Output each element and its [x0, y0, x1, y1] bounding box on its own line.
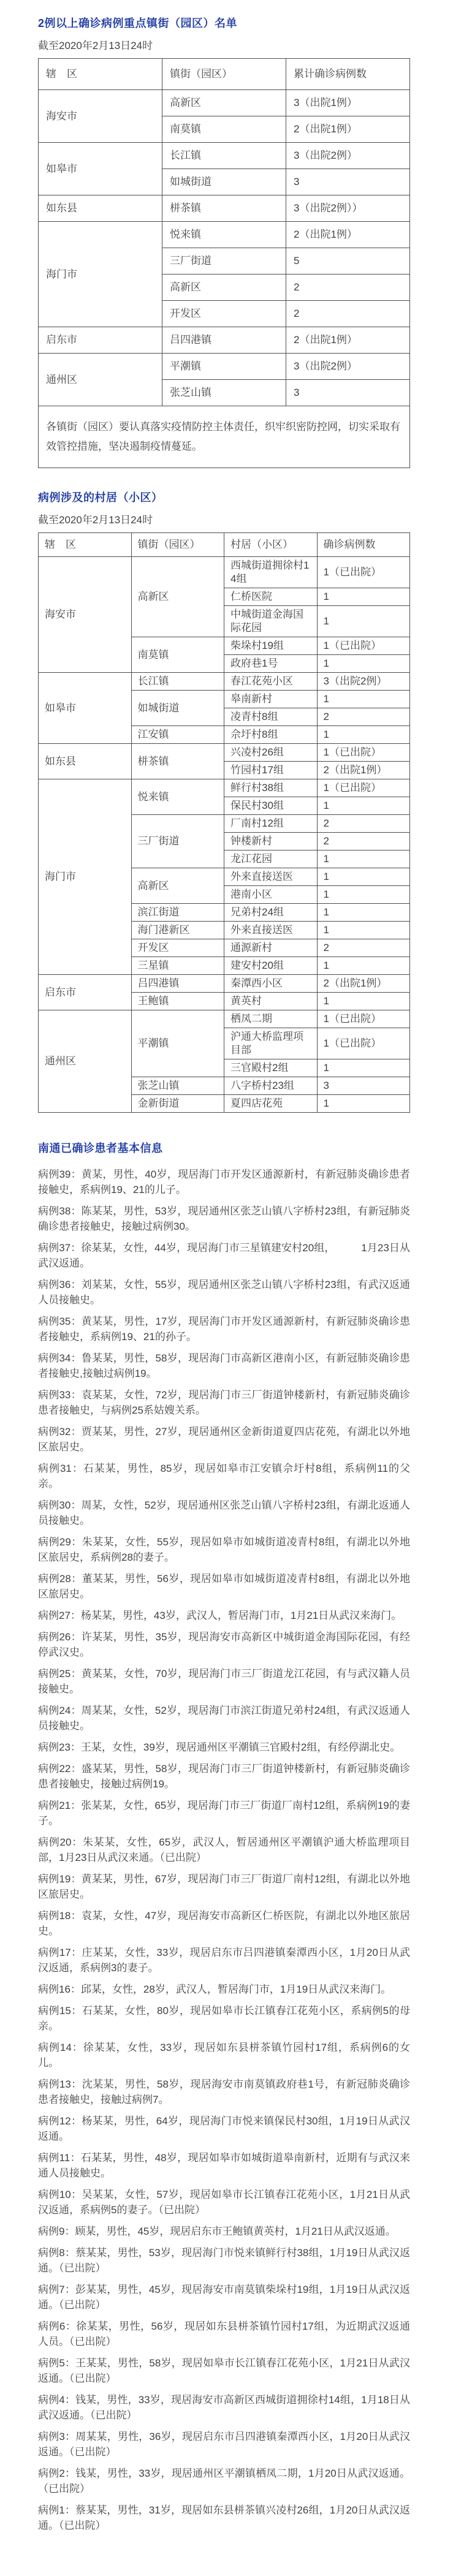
villages-table: 辖 区镇街（园区）村居（小区）确诊病例数海安市高新区西城街道拥徐村14组1（已出…: [38, 532, 410, 1113]
column-header: 辖 区: [39, 533, 132, 557]
section2-asof-date: 截至2020年2月13日24时: [38, 511, 410, 526]
case-paragraph: 病例25：黄某某，女性，70岁，现居海门市三厂街道龙江花园，有与武汉籍人员接触史…: [38, 1666, 410, 1697]
table-cell: 1: [317, 797, 410, 815]
table-cell: 1: [317, 588, 410, 606]
case-paragraph: 病例37：徐某某，女性，44岁，现居海门市三星镇建安村20组， 1月23日从武汉…: [38, 1240, 410, 1271]
table-cell: 外来直接送医: [224, 868, 318, 886]
table-cell: 兴凌村26组: [224, 744, 318, 762]
table-cell: 栟茶镇: [131, 744, 224, 779]
table-row: 通州区平潮镇栖凤二期1（已出院）: [39, 1010, 410, 1028]
table-cell: 1（已出院）: [317, 557, 410, 588]
table-note: 各镇街（园区）要认真落实疫情防控主体责任，织牢织密防控网，切实采取有效管控措施，…: [39, 406, 410, 468]
table-cell: 栖凤二期: [224, 1010, 318, 1028]
note-row: 各镇街（园区）要认真落实疫情防控主体责任，织牢织密防控网，切实采取有效管控措施，…: [39, 406, 410, 468]
table-cell: 钟楼新村: [224, 833, 318, 850]
table-cell: 通州区: [39, 354, 162, 406]
case-paragraph: 病例18：袁某，女性，47岁，现居海安市高新区仁桥医院，有湖北以外地区旅居史。: [38, 1908, 410, 1939]
section2-title: 病例涉及的村居（小区）: [38, 489, 410, 505]
table-cell: 悦来镇: [131, 779, 224, 815]
document-page: 2例以上确诊病例重点镇街（园区）名单 截至2020年2月13日24时 辖 区镇街…: [0, 0, 453, 2576]
table-row: 海门市悦来镇鲜行村38组1（已出院）: [39, 779, 410, 797]
table-cell: 沪通大桥监理项目部: [224, 1028, 318, 1059]
table-cell: 1: [317, 957, 410, 975]
table-row: 如皋市长江镇春江花苑小区3（出院2例）: [39, 673, 410, 691]
table-cell: 龙江花园: [224, 850, 318, 868]
table-cell: 2（出院1例）: [286, 116, 410, 143]
table-cell: 如东县: [39, 195, 162, 222]
table-cell: 南莫镇: [131, 637, 224, 673]
table-cell: 仁桥医院: [224, 588, 318, 606]
table-cell: 1（已出院）: [317, 637, 410, 655]
case-paragraph: 病例22：盛某某，男性，58岁，现居海门市三厂街道钟楼新村，有新冠肺炎确诊患者接…: [38, 1761, 410, 1792]
column-header: 辖 区: [39, 59, 162, 90]
case-paragraph: 病例35：黄某某，男性，17岁，现居海门市开发区通源新村，有新冠肺炎确诊患者接触…: [38, 1314, 410, 1344]
key-towns-table: 辖 区镇街（园区）累计确诊病例数海安市高新区3（出院1例）南莫镇2（出院1例）如…: [38, 58, 410, 468]
table-cell: 海门市: [39, 222, 162, 327]
table-cell: 2: [317, 708, 410, 726]
case-paragraph: 病例36：刘某某，女性，55岁，现居通州区张芝山镇八字桥村23组，有武汉返通人员…: [38, 1277, 410, 1308]
table-cell: 夏四店花苑: [224, 1095, 318, 1113]
column-header: 镇街（园区）: [131, 533, 224, 557]
table-cell: 滨江街道: [131, 904, 224, 922]
case-paragraph: 病例2：钱某，男性，33岁，现居通州区平潮镇栖凤二期，1月20日从武汉返通。（已…: [38, 2466, 410, 2496]
table-cell: 2（出院1例）: [317, 975, 410, 993]
case-paragraph: 病例8：蔡某某，男性，53岁，现居海门市悦来镇鲜行村38组，1月19日从武汉返通…: [38, 2245, 410, 2276]
table-cell: 三星镇: [131, 957, 224, 975]
header-row: 辖 区镇街（园区）累计确诊病例数: [39, 59, 410, 90]
case-paragraph: 病例13：沈某某，男性，58岁，现居海安市南莫镇政府巷1号，有新冠肺炎确诊患者接…: [38, 2077, 410, 2107]
table-cell: 长江镇: [162, 143, 286, 169]
case-paragraph: 病例24：周某某，女性，52岁，现居海门市滨江街道兄弟村24组，有武汉返通人员接…: [38, 1703, 410, 1733]
table-cell: 3: [286, 380, 410, 406]
table-cell: 2: [317, 815, 410, 833]
table-cell: 吕四港镇: [162, 327, 286, 354]
case-list: 病例39：黄某，男性，40岁，现居海门市开发区通源新村，有新冠肺炎确诊患者接触史…: [38, 1167, 410, 2533]
table-cell: 开发区: [162, 301, 286, 327]
table-row: 如东县栟茶镇兴凌村26组1（已出院）: [39, 744, 410, 762]
section3-title: 南通已确诊患者基本信息: [38, 1140, 410, 1156]
case-paragraph: 病例5：王某某，男性，58岁，现居如皋市长江镇春江花苑小区，1月21日从武汉返通…: [38, 2355, 410, 2386]
table-cell: 政府巷1号: [224, 655, 318, 673]
table-cell: 启东市: [39, 327, 162, 354]
case-paragraph: 病例29：朱某某，女性，55岁，现居如皋市如城街道凌青村8组，有湖北以外地区旅居…: [38, 1534, 410, 1565]
table-cell: 如城街道: [131, 691, 224, 726]
table-cell: 平潮镇: [131, 1010, 224, 1077]
column-header: 镇街（园区）: [162, 59, 286, 90]
case-paragraph: 病例32：贾某某，男性，27岁，现居通州区金新街道夏四店花苑，有湖北以外地区旅居…: [38, 1424, 410, 1455]
table-cell: 如城街道: [162, 169, 286, 195]
table-cell: 1（已出院）: [317, 1028, 410, 1059]
table-cell: 3: [317, 1077, 410, 1095]
table-cell: 2: [317, 939, 410, 957]
table-cell: 竹园村17组: [224, 762, 318, 779]
column-header: 确诊病例数: [317, 533, 410, 557]
table-cell: 港南小区: [224, 886, 318, 904]
case-paragraph: 病例23：王某，女性，39岁，现居通州区平潮镇三官殿村2组，有经停湖北史。: [38, 1740, 410, 1755]
table-cell: 如皋市: [39, 673, 132, 744]
table-cell: 厂南村12组: [224, 815, 318, 833]
table-cell: 1（已出院）: [317, 779, 410, 797]
column-header: 累计确诊病例数: [286, 59, 410, 90]
table-cell: 1: [317, 1095, 410, 1113]
table-row: 通州区平潮镇3（出院2例）: [39, 354, 410, 380]
table-cell: 吕四港镇: [131, 975, 224, 993]
case-paragraph: 病例10：吴某某，女性，57岁，现居如皋市长江镇春江花苑小区，1月21日从武汉返…: [38, 2187, 410, 2218]
table-cell: 秦潭西小区: [224, 975, 318, 993]
table-cell: 张芝山镇: [131, 1077, 224, 1095]
table-cell: 春江花苑小区: [224, 673, 318, 691]
table-cell: 高新区: [162, 275, 286, 301]
case-paragraph: 病例31：石某某，男性，85岁，现居如皋市江安镇佘圩村8组，系病例11的父亲。: [38, 1461, 410, 1491]
table-cell: 1: [317, 606, 410, 637]
table-cell: 中城街道金海国际花园: [224, 606, 318, 637]
case-paragraph: 病例21：张某某，女性，65岁，现居海门市三厂街道厂南村12组，系病例19的妻子…: [38, 1798, 410, 1828]
table-cell: 高新区: [162, 90, 286, 116]
table-cell: 1: [317, 886, 410, 904]
table-cell: 悦来镇: [162, 222, 286, 248]
section-spacer: [38, 468, 410, 489]
case-paragraph: 病例33：袁某某，女性，72岁，现居海门市三厂街道钟楼新村，有新冠肺炎确诊患者接…: [38, 1387, 410, 1418]
table-cell: 佘圩村8组: [224, 726, 318, 744]
table-cell: 八字桥村23组: [224, 1077, 318, 1095]
case-paragraph: 病例15：石某某，女性，80岁，现居如皋市长江镇春江花苑小区，系病例5的母亲。: [38, 2003, 410, 2034]
case-paragraph: 病例27：杨某某，男性，43岁，武汉人，暂居海门市，1月21日从武汉来海门。: [38, 1608, 410, 1623]
table-cell: 如东县: [39, 744, 132, 779]
table-cell: 2: [286, 275, 410, 301]
table-cell: 2: [286, 301, 410, 327]
table-row: 如皋市长江镇3（出院2例）: [39, 143, 410, 169]
case-paragraph: 病例14：徐某某，女性，33岁，现居如东县栟茶镇竹园村17组，系病例6的女儿。: [38, 2040, 410, 2070]
table-cell: 1（已出院）: [317, 744, 410, 762]
table-cell: 通州区: [39, 1010, 132, 1113]
table-cell: 5: [286, 248, 410, 275]
table-cell: 海安市: [39, 557, 132, 673]
table-row: 海安市高新区西城街道拥徐村14组1（已出院）: [39, 557, 410, 588]
table-cell: 1: [317, 868, 410, 886]
case-paragraph: 病例26：许某某，男性，35岁，现居海安市高新区中城街道金海国际花园，有经停武汉…: [38, 1629, 410, 1660]
table-row: 启东市吕四港镇秦潭西小区2（出院1例）: [39, 975, 410, 993]
table-cell: 黄英村: [224, 993, 318, 1010]
table-cell: 三厂街道: [162, 248, 286, 275]
table-cell: 1: [317, 904, 410, 922]
table-cell: 皋南新村: [224, 691, 318, 708]
table-cell: 开发区: [131, 939, 224, 957]
table-cell: 张芝山镇: [162, 380, 286, 406]
table-cell: 三官殿村2组: [224, 1059, 318, 1077]
table-cell: 柴垛村19组: [224, 637, 318, 655]
case-paragraph: 病例19：黄某某，男性，67岁，现居海门市三厂街道厂南村12组，有湖北以外地区旅…: [38, 1871, 410, 1902]
table-cell: 如皋市: [39, 143, 162, 195]
table-cell: 高新区: [131, 868, 224, 904]
table-row: 海门市悦来镇2（出院1例）: [39, 222, 410, 248]
table-cell: 1: [317, 691, 410, 708]
column-header: 村居（小区）: [224, 533, 318, 557]
case-paragraph: 病例6：徐某某，男性，56岁，现居如东县栟茶镇竹园村17组，为近期武汉返通人员。…: [38, 2319, 410, 2349]
case-paragraph: 病例1：蔡某某，男性，31岁，现居如东县栟茶镇兴凌村26组，1月20日从武汉返通…: [38, 2502, 410, 2533]
table-cell: 2（出院1例）: [286, 222, 410, 248]
table-row: 海安市高新区3（出院1例）: [39, 90, 410, 116]
table-cell: 南莫镇: [162, 116, 286, 143]
case-paragraph: 病例28：董某某，男性，56岁，现居如皋市如城街道凌青村8组，有湖北以外地区旅居…: [38, 1571, 410, 1602]
case-paragraph: 病例17：庄某某，女性，33岁，现居启东市吕四港镇秦潭西小区，1月20日从武汉返…: [38, 1945, 410, 1976]
table-cell: 海安市: [39, 90, 162, 143]
table-cell: 2（出院1例）: [286, 327, 410, 354]
case-paragraph: 病例3：周某某，男性，36岁，现居启东市吕四港镇秦潭西小区，1月20日从武汉返通…: [38, 2429, 410, 2460]
table-cell: 栟茶镇: [162, 195, 286, 222]
table-cell: 凌青村8组: [224, 708, 318, 726]
case-paragraph: 病例9：顾某，男性，45岁，现居启东市王鲍镇黄英村，1月21日从武汉返通。: [38, 2224, 410, 2239]
table-cell: 1: [317, 726, 410, 744]
table-cell: 海门市: [39, 779, 132, 975]
table-cell: 1: [317, 655, 410, 673]
table-cell: 西城街道拥徐村14组: [224, 557, 318, 588]
table-cell: 1: [317, 1059, 410, 1077]
table-cell: 保民村30组: [224, 797, 318, 815]
case-paragraph: 病例20：朱某某，女性，65岁，武汉人，暂居通州区平潮镇沪通大桥监理项目部，1月…: [38, 1835, 410, 1865]
table-cell: 海门港新区: [131, 922, 224, 939]
table-cell: 高新区: [131, 557, 224, 637]
section1-asof-date: 截至2020年2月13日24时: [38, 37, 410, 52]
table-cell: 鲜行村38组: [224, 779, 318, 797]
table-cell: 3（出院2例）: [317, 673, 410, 691]
table-cell: 1: [317, 850, 410, 868]
case-paragraph: 病例16：邱某，女性，28岁，武汉人，暂居海门市，1月19日从武汉来海门。: [38, 1982, 410, 1997]
table-cell: 江安镇: [131, 726, 224, 744]
table-row: 启东市吕四港镇2（出院1例）: [39, 327, 410, 354]
table-cell: 3（出院2例）: [286, 354, 410, 380]
table-cell: 通源新村: [224, 939, 318, 957]
table-cell: 外来直接送医: [224, 922, 318, 939]
table-cell: 兄弟村24组: [224, 904, 318, 922]
table-row: 如东县栟茶镇3（出院2例））: [39, 195, 410, 222]
table-cell: 2: [317, 833, 410, 850]
table-cell: 平潮镇: [162, 354, 286, 380]
table-cell: 3（出院2例））: [286, 195, 410, 222]
table-cell: 长江镇: [131, 673, 224, 691]
case-paragraph: 病例4：钱某，男性，33岁，现居海安市高新区西城街道拥徐村14组，1月18日从武…: [38, 2392, 410, 2423]
case-paragraph: 病例7：彭某某，男性，45岁，现居海安市南莫镇柴垛村19组，1月19日从武汉返通…: [38, 2282, 410, 2313]
table-cell: 王鲍镇: [131, 993, 224, 1010]
table-cell: 建安村20组: [224, 957, 318, 975]
case-paragraph: 病例38：陈某某，男性，53岁，现居通州区张芝山镇八字桥村23组，有新冠肺炎确诊…: [38, 1203, 410, 1234]
case-paragraph: 病例30：周某，女性，52岁，现居通州区张芝山镇八字桥村23组，有湖北返通人员接…: [38, 1498, 410, 1528]
table-cell: 1: [317, 922, 410, 939]
case-paragraph: 病例34：鲁某某，男性，58岁，现居海门市高新区港南小区，有新冠肺炎确诊患者接触…: [38, 1351, 410, 1381]
table-cell: 1: [317, 993, 410, 1010]
table-cell: 1（已出院）: [317, 1010, 410, 1028]
table-cell: 3（出院1例）: [286, 90, 410, 116]
table-cell: 启东市: [39, 975, 132, 1010]
table-cell: 3（出院2例）: [286, 143, 410, 169]
section1-title: 2例以上确诊病例重点镇街（园区）名单: [38, 15, 410, 31]
table-cell: 三厂街道: [131, 815, 224, 868]
case-paragraph: 病例39：黄某，男性，40岁，现居海门市开发区通源新村，有新冠肺炎确诊患者接触史…: [38, 1167, 410, 1197]
case-paragraph: 病例12：杨某某，男性，64岁，现居海门市悦来镇保民村30组，1月19日从武汉返…: [38, 2113, 410, 2144]
table-cell: 2（出院1例）: [317, 762, 410, 779]
table-cell: 3: [286, 169, 410, 195]
table-cell: 金新街道: [131, 1095, 224, 1113]
header-row: 辖 区镇街（园区）村居（小区）确诊病例数: [39, 533, 410, 557]
case-paragraph: 病例11：石某某，男性，48岁，现居如皋市如城街道皋南新村，近期有与武汉来通人员…: [38, 2150, 410, 2181]
